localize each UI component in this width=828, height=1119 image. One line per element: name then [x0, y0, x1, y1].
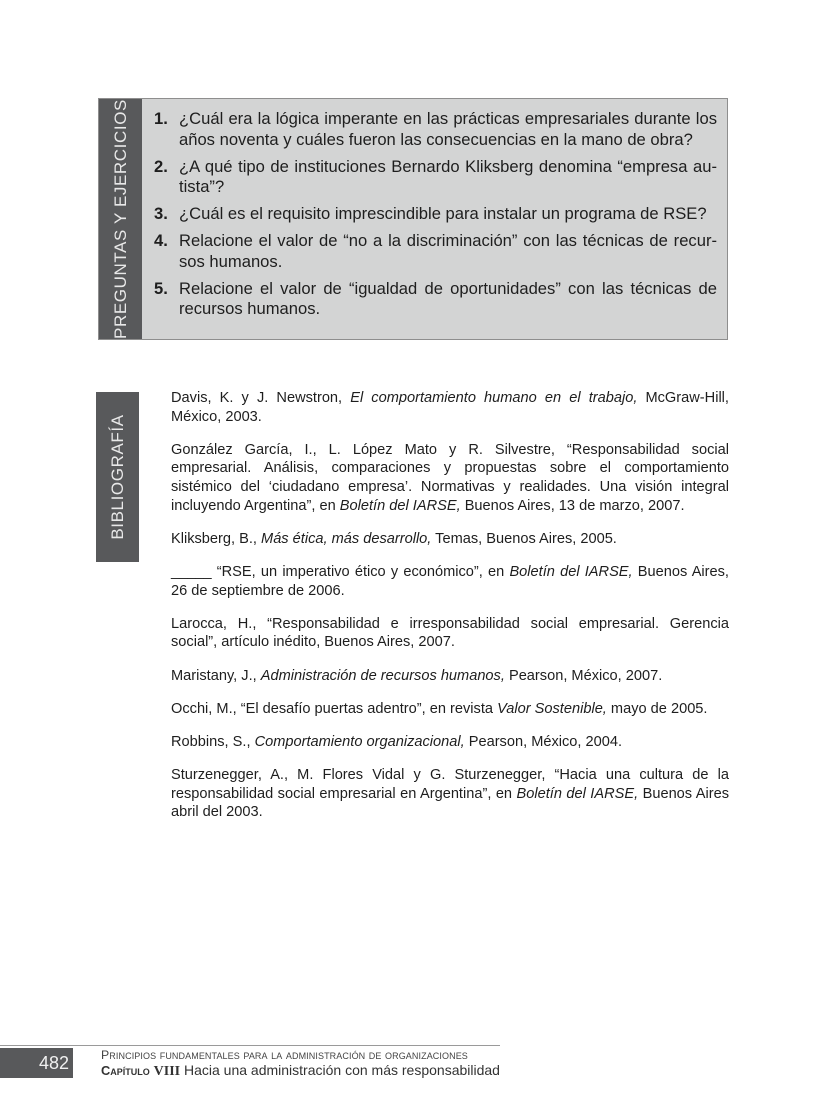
running-chapter-title: Capítulo VIII Hacia una administración c… [101, 1062, 500, 1080]
question-text: ¿Cuál es el requisito imprescindible par… [179, 204, 717, 225]
bibliography-entry: _____ “RSE, un imperativo ético y económ… [171, 563, 729, 600]
questions-list: 1.¿Cuál era la lógica imperante en las p… [154, 109, 717, 326]
question-text: ¿Cuál era la lógica imperante en las prá… [179, 109, 717, 150]
questions-side-tab: PREGUNTAS Y EJERCICIOS [99, 99, 142, 339]
entry-title: Boletín del IARSE, [509, 564, 632, 580]
entry-text: mayo de 2005. [607, 701, 708, 717]
chapter-title: Hacia una administración con más respons… [184, 1062, 500, 1078]
question-number: 1. [154, 109, 179, 150]
chapter-label: Capítulo [101, 1063, 150, 1078]
question-item: 1.¿Cuál era la lógica imperante en las p… [154, 109, 717, 150]
entry-title: Boletín del IARSE, [517, 786, 639, 802]
entry-title: Administración de recursos humanos, [261, 668, 505, 684]
bibliography-entry: Larocca, H., “Responsabilidad e irrespon… [171, 615, 729, 652]
entry-text: _____ “RSE, un imperativo ético y económ… [171, 564, 509, 580]
bibliography-list: Davis, K. y J. Newstron, El comportamien… [171, 389, 729, 830]
entry-text: Larocca, H., “Responsabilidad e irrespon… [171, 616, 729, 651]
question-item: 3.¿Cuál es el requisito imprescindible p… [154, 204, 717, 225]
bibliography-entry: González García, I., L. López Mato y R. … [171, 441, 729, 515]
entry-text: Buenos Aires, 13 de marzo, 2007. [461, 498, 685, 514]
bibliography-entry: Davis, K. y J. Newstron, El comportamien… [171, 389, 729, 426]
entry-title: Valor Sostenible, [497, 701, 607, 717]
entry-text: Kliksberg, B., [171, 531, 261, 547]
page-number: 482 [0, 1048, 73, 1078]
entry-text: Pearson, México, 2004. [465, 734, 622, 750]
question-item: 2.¿A qué tipo de instituciones Bernardo … [154, 157, 717, 198]
question-item: 4.Relacione el valor de “no a la discrim… [154, 231, 717, 272]
bibliography-entry: Robbins, S., Comportamiento organizacion… [171, 733, 729, 752]
question-number: 3. [154, 204, 179, 225]
bibliography-side-tab: BIBLIOGRAFÍA [96, 392, 139, 562]
question-number: 5. [154, 279, 179, 320]
bibliography-side-label: BIBLIOGRAFÍA [108, 414, 128, 539]
footer-divider [0, 1045, 500, 1046]
entry-text: Robbins, S., [171, 734, 255, 750]
question-text: Relacione el valor de “igualdad de oport… [179, 279, 717, 320]
entry-text: Maristany, J., [171, 668, 261, 684]
entry-title: El comportamiento humano en el trabajo, [350, 390, 637, 406]
question-item: 5.Relacione el valor de “igualdad de opo… [154, 279, 717, 320]
entry-text: Occhi, M., “El desafío puertas adentro”,… [171, 701, 497, 717]
bibliography-entry: Maristany, J., Administración de recurso… [171, 667, 729, 686]
question-number: 4. [154, 231, 179, 272]
entry-title: Boletín del IARSE, [340, 498, 461, 514]
questions-box: PREGUNTAS Y EJERCICIOS 1.¿Cuál era la ló… [98, 98, 728, 340]
question-number: 2. [154, 157, 179, 198]
entry-text: Pearson, México, 2007. [505, 668, 662, 684]
entry-text: Davis, K. y J. Newstron, [171, 390, 350, 406]
bibliography-entry: Occhi, M., “El desafío puertas adentro”,… [171, 700, 729, 719]
bibliography-entry: Kliksberg, B., Más ética, más desarrollo… [171, 530, 729, 549]
chapter-number: VIII [154, 1064, 180, 1079]
question-text: Relacione el valor de “no a la discrimin… [179, 231, 717, 272]
question-text: ¿A qué tipo de instituciones Bernardo Kl… [179, 157, 717, 198]
running-book-title: Principios fundamentales para la adminis… [101, 1048, 468, 1062]
entry-title: Más ética, más desarrollo, [261, 531, 431, 547]
questions-side-label: PREGUNTAS Y EJERCICIOS [111, 99, 131, 339]
entry-title: Comportamiento organizacional, [255, 734, 465, 750]
bibliography-entry: Sturzenegger, A., M. Flores Vidal y G. S… [171, 766, 729, 822]
entry-text: Temas, Buenos Aires, 2005. [431, 531, 617, 547]
